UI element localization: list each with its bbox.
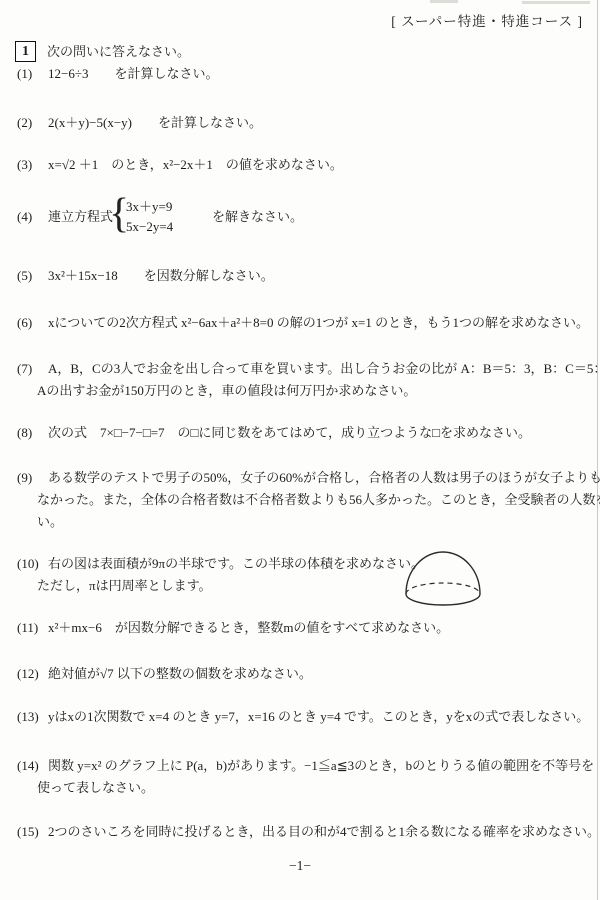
- exam-page: [ スーパー特進・特進コース ] 1 次の問いに答えなさい。 (1) 12−6÷…: [0, 0, 600, 900]
- problem-2-number: (2): [17, 115, 32, 131]
- problem-9-number: (9): [17, 470, 32, 486]
- problem-12-number: (12): [17, 666, 39, 682]
- scan-edge-line: [597, 0, 598, 900]
- problem-11-text: x²＋mx−6 が因数分解できるとき，整数mの値をすべて求めなさい。: [48, 620, 449, 636]
- problem-10-text-line-2: ただし，πは円周率とします。: [37, 578, 212, 594]
- problem-7-text-line-1: A，B，Cの3人でお金を出し合って車を買います。出し合うお金の比が A：B＝5：…: [48, 361, 600, 377]
- problem-3-number: (3): [17, 157, 32, 173]
- hemisphere-figure: [400, 548, 488, 612]
- scan-artifact: [430, 0, 458, 3]
- problem-3-text: x=√2 ＋1 のとき，x²−2x＋1 の値を求めなさい。: [48, 157, 343, 173]
- problem-1-text: 12−6÷3 を計算しなさい。: [48, 66, 218, 82]
- problem-13-number: (13): [17, 709, 39, 725]
- problem-4-number: (4): [17, 209, 32, 225]
- problem-15-number: (15): [17, 824, 39, 840]
- problem-7-number: (7): [17, 361, 32, 377]
- problem-4-pre: 連立方程式: [48, 209, 113, 225]
- problem-9-text-line-1: ある数学のテストで男子の50%，女子の60%が合格し，合格者の人数は男子のほうが…: [48, 470, 600, 486]
- problem-4-post: を解きなさい。: [212, 209, 303, 225]
- problem-10-number: (10): [17, 556, 39, 572]
- problem-1-number: (1): [17, 66, 32, 82]
- problem-5-number: (5): [17, 268, 32, 284]
- problem-9-text-line-2: なかった。また，全体の合格者数は不合格者数よりも56人多かった。このとき，全受験…: [37, 492, 600, 508]
- problem-10-text-line-1: 右の図は表面積が9πの半球です。この半球の体積を求めなさい。: [48, 556, 424, 572]
- problem-7-text-line-2: Aの出すお金が150万円のとき，車の値段は何万円か求めなさい。: [37, 383, 416, 399]
- problem-13-text: yはxの1次関数で x=4 のとき y=7，x=16 のとき y=4 です。この…: [48, 709, 589, 725]
- problem-14-text-line-1: 関数 y=x² のグラフ上に P(a，b)があります。−1≦a≦3のとき，bのと…: [48, 758, 594, 774]
- section-number: 1: [22, 43, 29, 61]
- problem-5-text: 3x²＋15x−18 を因数分解しなさい。: [48, 268, 274, 284]
- problem-4-equation-1: 3x＋y=9: [126, 199, 172, 215]
- page-number: −1−: [0, 858, 600, 875]
- problem-6-number: (6): [17, 315, 32, 331]
- problem-9-text-line-3: い。: [37, 514, 63, 530]
- problem-15-text: 2つのさいころを同時に投げるとき，出る目の和が4で割ると1余る数になる確率を求め…: [48, 824, 600, 840]
- section-intro: 次の問いに答えなさい。: [47, 44, 190, 60]
- problem-14-text-line-2: 使って表しなさい。: [37, 780, 154, 796]
- problem-14-number: (14): [17, 758, 39, 774]
- problem-4-equation-2: 5x−2y=4: [126, 219, 173, 235]
- problem-11-number: (11): [17, 620, 38, 636]
- problem-2-text: 2(x＋y)−5(x−y) を計算しなさい。: [48, 115, 262, 131]
- problem-6-text: xについての2次方程式 x²−6ax＋a²＋8=0 の解の1つが x=1 のとき…: [48, 315, 589, 331]
- problem-8-number: (8): [17, 425, 32, 441]
- course-header: [ スーパー特進・特進コース ]: [391, 14, 583, 31]
- section-number-box: 1: [15, 41, 36, 62]
- scan-artifact: [522, 1, 590, 4]
- problem-8-text: 次の式 7×□−7−□=7 の□に同じ数をあてはめて，成り立つような□を求めなさ…: [48, 425, 531, 441]
- problem-12-text: 絶対値が√7 以下の整数の個数を求めなさい。: [48, 666, 312, 682]
